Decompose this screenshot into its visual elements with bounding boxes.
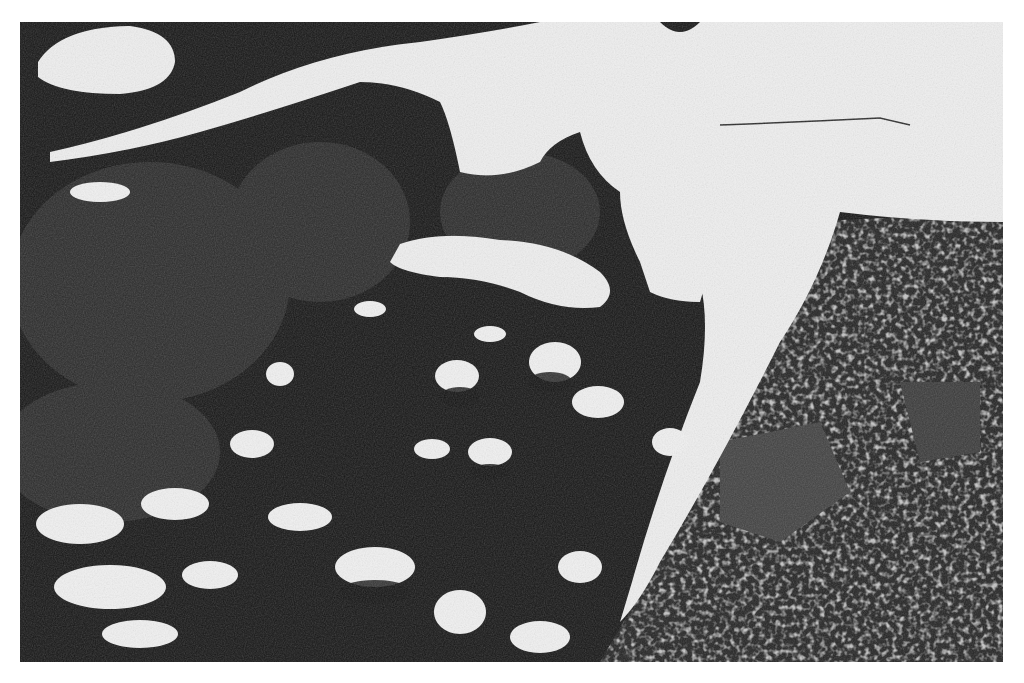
photo-image: [20, 22, 1003, 662]
photograph: High-contrast black and white photograph…: [20, 22, 1003, 662]
